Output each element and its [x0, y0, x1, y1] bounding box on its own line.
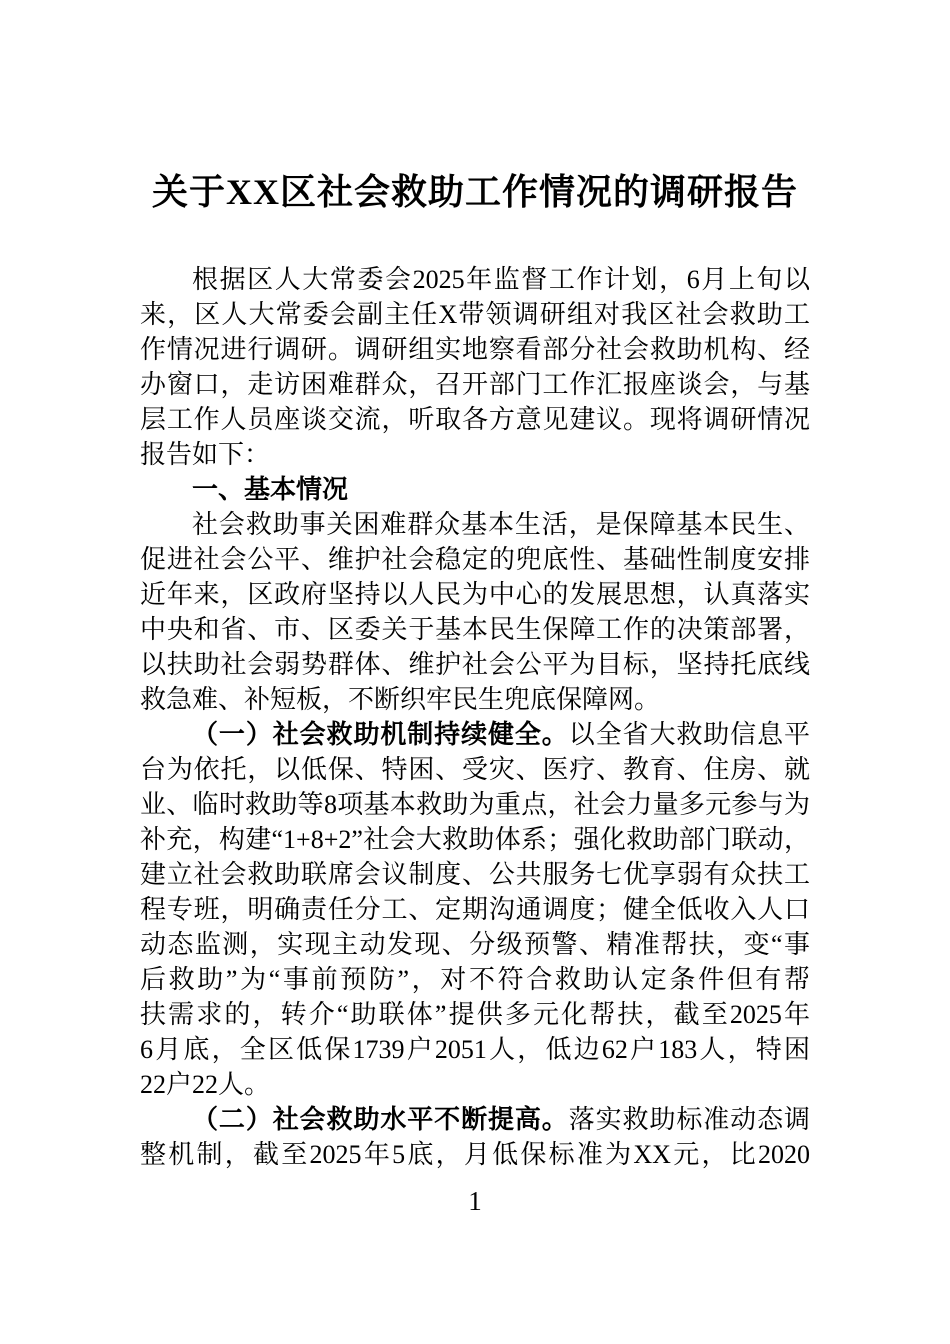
text-segment: 层工作人员座谈交流，听取各方意见建议。现将调研情况 — [140, 405, 810, 434]
document-line: 补充，构建“1+8+2”社会大救助体系；强化救助部门联动， — [140, 822, 810, 857]
text-segment: 社会救助事关困难群众基本生活，是保障基本民生、 — [192, 510, 810, 539]
text-segment: 中央和省、市、区委关于基本民生保障工作的决策部署， — [140, 615, 810, 644]
paragraph: 根据区人大常委会2025年监督工作计划，6月上旬以来，区人大常委会副主任X带领调… — [140, 262, 810, 472]
document-line: 社会救助事关困难群众基本生活，是保障基本民生、 — [140, 507, 810, 542]
section-heading: 一、基本情况 — [140, 472, 810, 507]
text-segment: 后救助”为“事前预防”，对不符合救助认定条件但有帮 — [140, 965, 810, 994]
text-segment: 扶需求的，转介“助联体”提供多元化帮扶，截至2025年 — [140, 1000, 810, 1029]
document-line: （一）社会救助机制持续健全。以全省大救助信息平 — [140, 717, 810, 752]
document-line: 近年来，区政府坚持以人民为中心的发展思想，认真落实 — [140, 577, 810, 612]
text-segment: 办窗口，走访困难群众，召开部门工作汇报座谈会，与基 — [140, 370, 810, 399]
text-segment: 台为依托，以低保、特困、受灾、医疗、教育、住房、就 — [140, 755, 810, 784]
document-line: （二）社会救助水平不断提高。落实救助标准动态调 — [140, 1102, 810, 1137]
text-segment: 22户22人。 — [140, 1070, 270, 1099]
emphasis-text: （二）社会救助水平不断提高。 — [192, 1105, 569, 1134]
document-line: 动态监测，实现主动发现、分级预警、精准帮扶，变“事 — [140, 927, 810, 962]
document-line: 一、基本情况 — [140, 472, 810, 507]
document-line: 作情况进行调研。调研组实地察看部分社会救助机构、经 — [140, 332, 810, 367]
text-segment: 促进社会公平、维护社会稳定的兜底性、基础性制度安排 — [140, 545, 810, 574]
document-page: 关于XX区社会救助工作情况的调研报告 根据区人大常委会2025年监督工作计划，6… — [0, 0, 950, 1344]
document-line: 后救助”为“事前预防”，对不符合救助认定条件但有帮 — [140, 962, 810, 997]
document-line: 救急难、补短板，不断织牢民生兜底保障网。 — [140, 682, 810, 717]
text-segment: 根据区人大常委会2025年监督工作计划，6月上旬以 — [192, 265, 810, 294]
text-segment: 救急难、补短板，不断织牢民生兜底保障网。 — [140, 685, 660, 714]
text-segment: 程专班，明确责任分工、定期沟通调度；健全低收入人口 — [140, 895, 810, 924]
text-segment: 以全省大救助信息平 — [569, 720, 810, 749]
text-segment: 整机制，截至2025年5底，月低保标准为XX元，比2020 — [140, 1140, 810, 1169]
paragraph: （二）社会救助水平不断提高。落实救助标准动态调整机制，截至2025年5底，月低保… — [140, 1102, 810, 1172]
emphasis-text: 一、基本情况 — [192, 475, 348, 504]
document-line: 报告如下： — [140, 437, 810, 472]
document-line: 以扶助社会弱势群体、维护社会公平为目标，坚持托底线 — [140, 647, 810, 682]
paragraph: 社会救助事关困难群众基本生活，是保障基本民生、促进社会公平、维护社会稳定的兜底性… — [140, 507, 810, 717]
text-segment: 以扶助社会弱势群体、维护社会公平为目标，坚持托底线 — [140, 650, 810, 679]
text-segment: 近年来，区政府坚持以人民为中心的发展思想，认真落实 — [140, 580, 810, 609]
text-segment: 来，区人大常委会副主任X带领调研组对我区社会救助工 — [140, 300, 810, 329]
text-segment: 补充，构建“1+8+2”社会大救助体系；强化救助部门联动， — [140, 825, 810, 854]
text-segment: 作情况进行调研。调研组实地察看部分社会救助机构、经 — [140, 335, 810, 364]
page-number: 1 — [0, 1184, 950, 1219]
document-line: 22户22人。 — [140, 1067, 810, 1102]
document-line: 程专班，明确责任分工、定期沟通调度；健全低收入人口 — [140, 892, 810, 927]
document-line: 中央和省、市、区委关于基本民生保障工作的决策部署， — [140, 612, 810, 647]
document-line: 层工作人员座谈交流，听取各方意见建议。现将调研情况 — [140, 402, 810, 437]
text-segment: 落实救助标准动态调 — [569, 1105, 810, 1134]
text-segment: 建立社会救助联席会议制度、公共服务七优享弱有众扶工 — [140, 860, 810, 889]
document-line: 建立社会救助联席会议制度、公共服务七优享弱有众扶工 — [140, 857, 810, 892]
document-line: 整机制，截至2025年5底，月低保标准为XX元，比2020 — [140, 1137, 810, 1172]
emphasis-text: （一）社会救助机制持续健全。 — [192, 720, 569, 749]
document-line: 扶需求的，转介“助联体”提供多元化帮扶，截至2025年 — [140, 997, 810, 1032]
document-line: 来，区人大常委会副主任X带领调研组对我区社会救助工 — [140, 297, 810, 332]
document-line: 办窗口，走访困难群众，召开部门工作汇报座谈会，与基 — [140, 367, 810, 402]
document-title: 关于XX区社会救助工作情况的调研报告 — [0, 168, 950, 216]
text-segment: 报告如下： — [140, 440, 270, 469]
document-line: 6月底，全区低保1739户2051人，低边62户183人，特困 — [140, 1032, 810, 1067]
paragraph: （一）社会救助机制持续健全。以全省大救助信息平台为依托，以低保、特困、受灾、医疗… — [140, 717, 810, 1102]
text-segment: 动态监测，实现主动发现、分级预警、精准帮扶，变“事 — [140, 930, 810, 959]
document-body: 根据区人大常委会2025年监督工作计划，6月上旬以来，区人大常委会副主任X带领调… — [140, 262, 810, 1172]
document-line: 促进社会公平、维护社会稳定的兜底性、基础性制度安排 — [140, 542, 810, 577]
document-line: 业、临时救助等8项基本救助为重点，社会力量多元参与为 — [140, 787, 810, 822]
document-line: 台为依托，以低保、特困、受灾、医疗、教育、住房、就 — [140, 752, 810, 787]
text-segment: 6月底，全区低保1739户2051人，低边62户183人，特困 — [140, 1035, 810, 1064]
text-segment: 业、临时救助等8项基本救助为重点，社会力量多元参与为 — [140, 790, 810, 819]
document-line: 根据区人大常委会2025年监督工作计划，6月上旬以 — [140, 262, 810, 297]
